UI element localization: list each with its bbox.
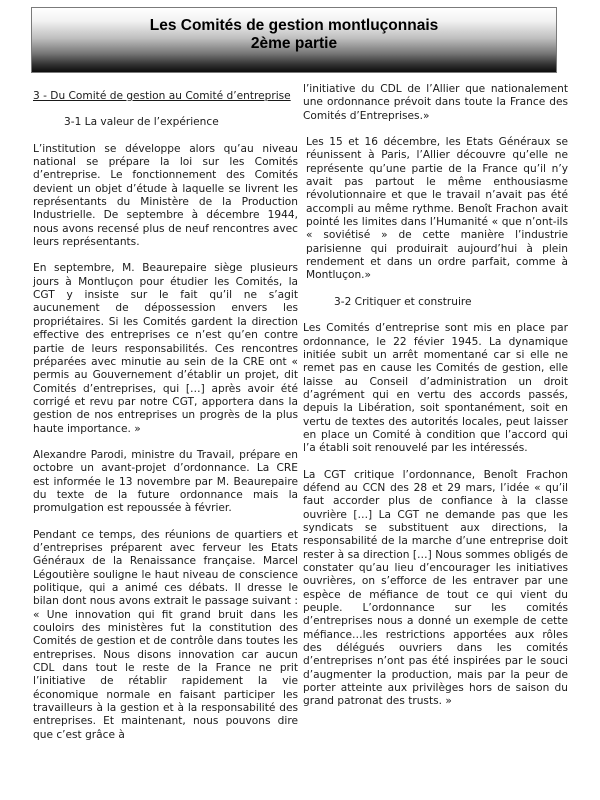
- title-banner: Les Comités de gestion montluçonnais 2èm…: [31, 7, 557, 73]
- paragraph: En septembre, M. Beaurepaire siège plusi…: [33, 262, 298, 435]
- right-column: l’initiative du CDL de l’Allier que nati…: [303, 83, 568, 722]
- section-heading: 3 - Du Comité de gestion au Comité d’ent…: [33, 90, 298, 103]
- paragraph: Les Comités d’entreprise sont mis en pla…: [303, 322, 568, 455]
- left-column: 3 - Du Comité de gestion au Comité d’ent…: [33, 90, 298, 755]
- subheading-3-1: 3-1 La valeur de l’expérience: [33, 116, 298, 129]
- paragraph: Alexandre Parodi, ministre du Travail, p…: [33, 449, 298, 516]
- paragraph: Pendant ce temps, des réunions de quarti…: [33, 529, 298, 743]
- paragraph: La CGT critique l’ordonnance, Benoît Fra…: [303, 469, 568, 709]
- subheading-3-2: 3-2 Critiquer et construire: [303, 296, 568, 309]
- page-title: Les Comités de gestion montluçonnais: [150, 17, 439, 35]
- paragraph: l’initiative du CDL de l’Allier que nati…: [303, 83, 568, 123]
- paragraph: Les 15 et 16 décembre, les Etats Générau…: [303, 136, 568, 283]
- paragraph: L’institution se développe alors qu’au n…: [33, 143, 298, 250]
- page-subtitle: 2ème partie: [251, 35, 337, 53]
